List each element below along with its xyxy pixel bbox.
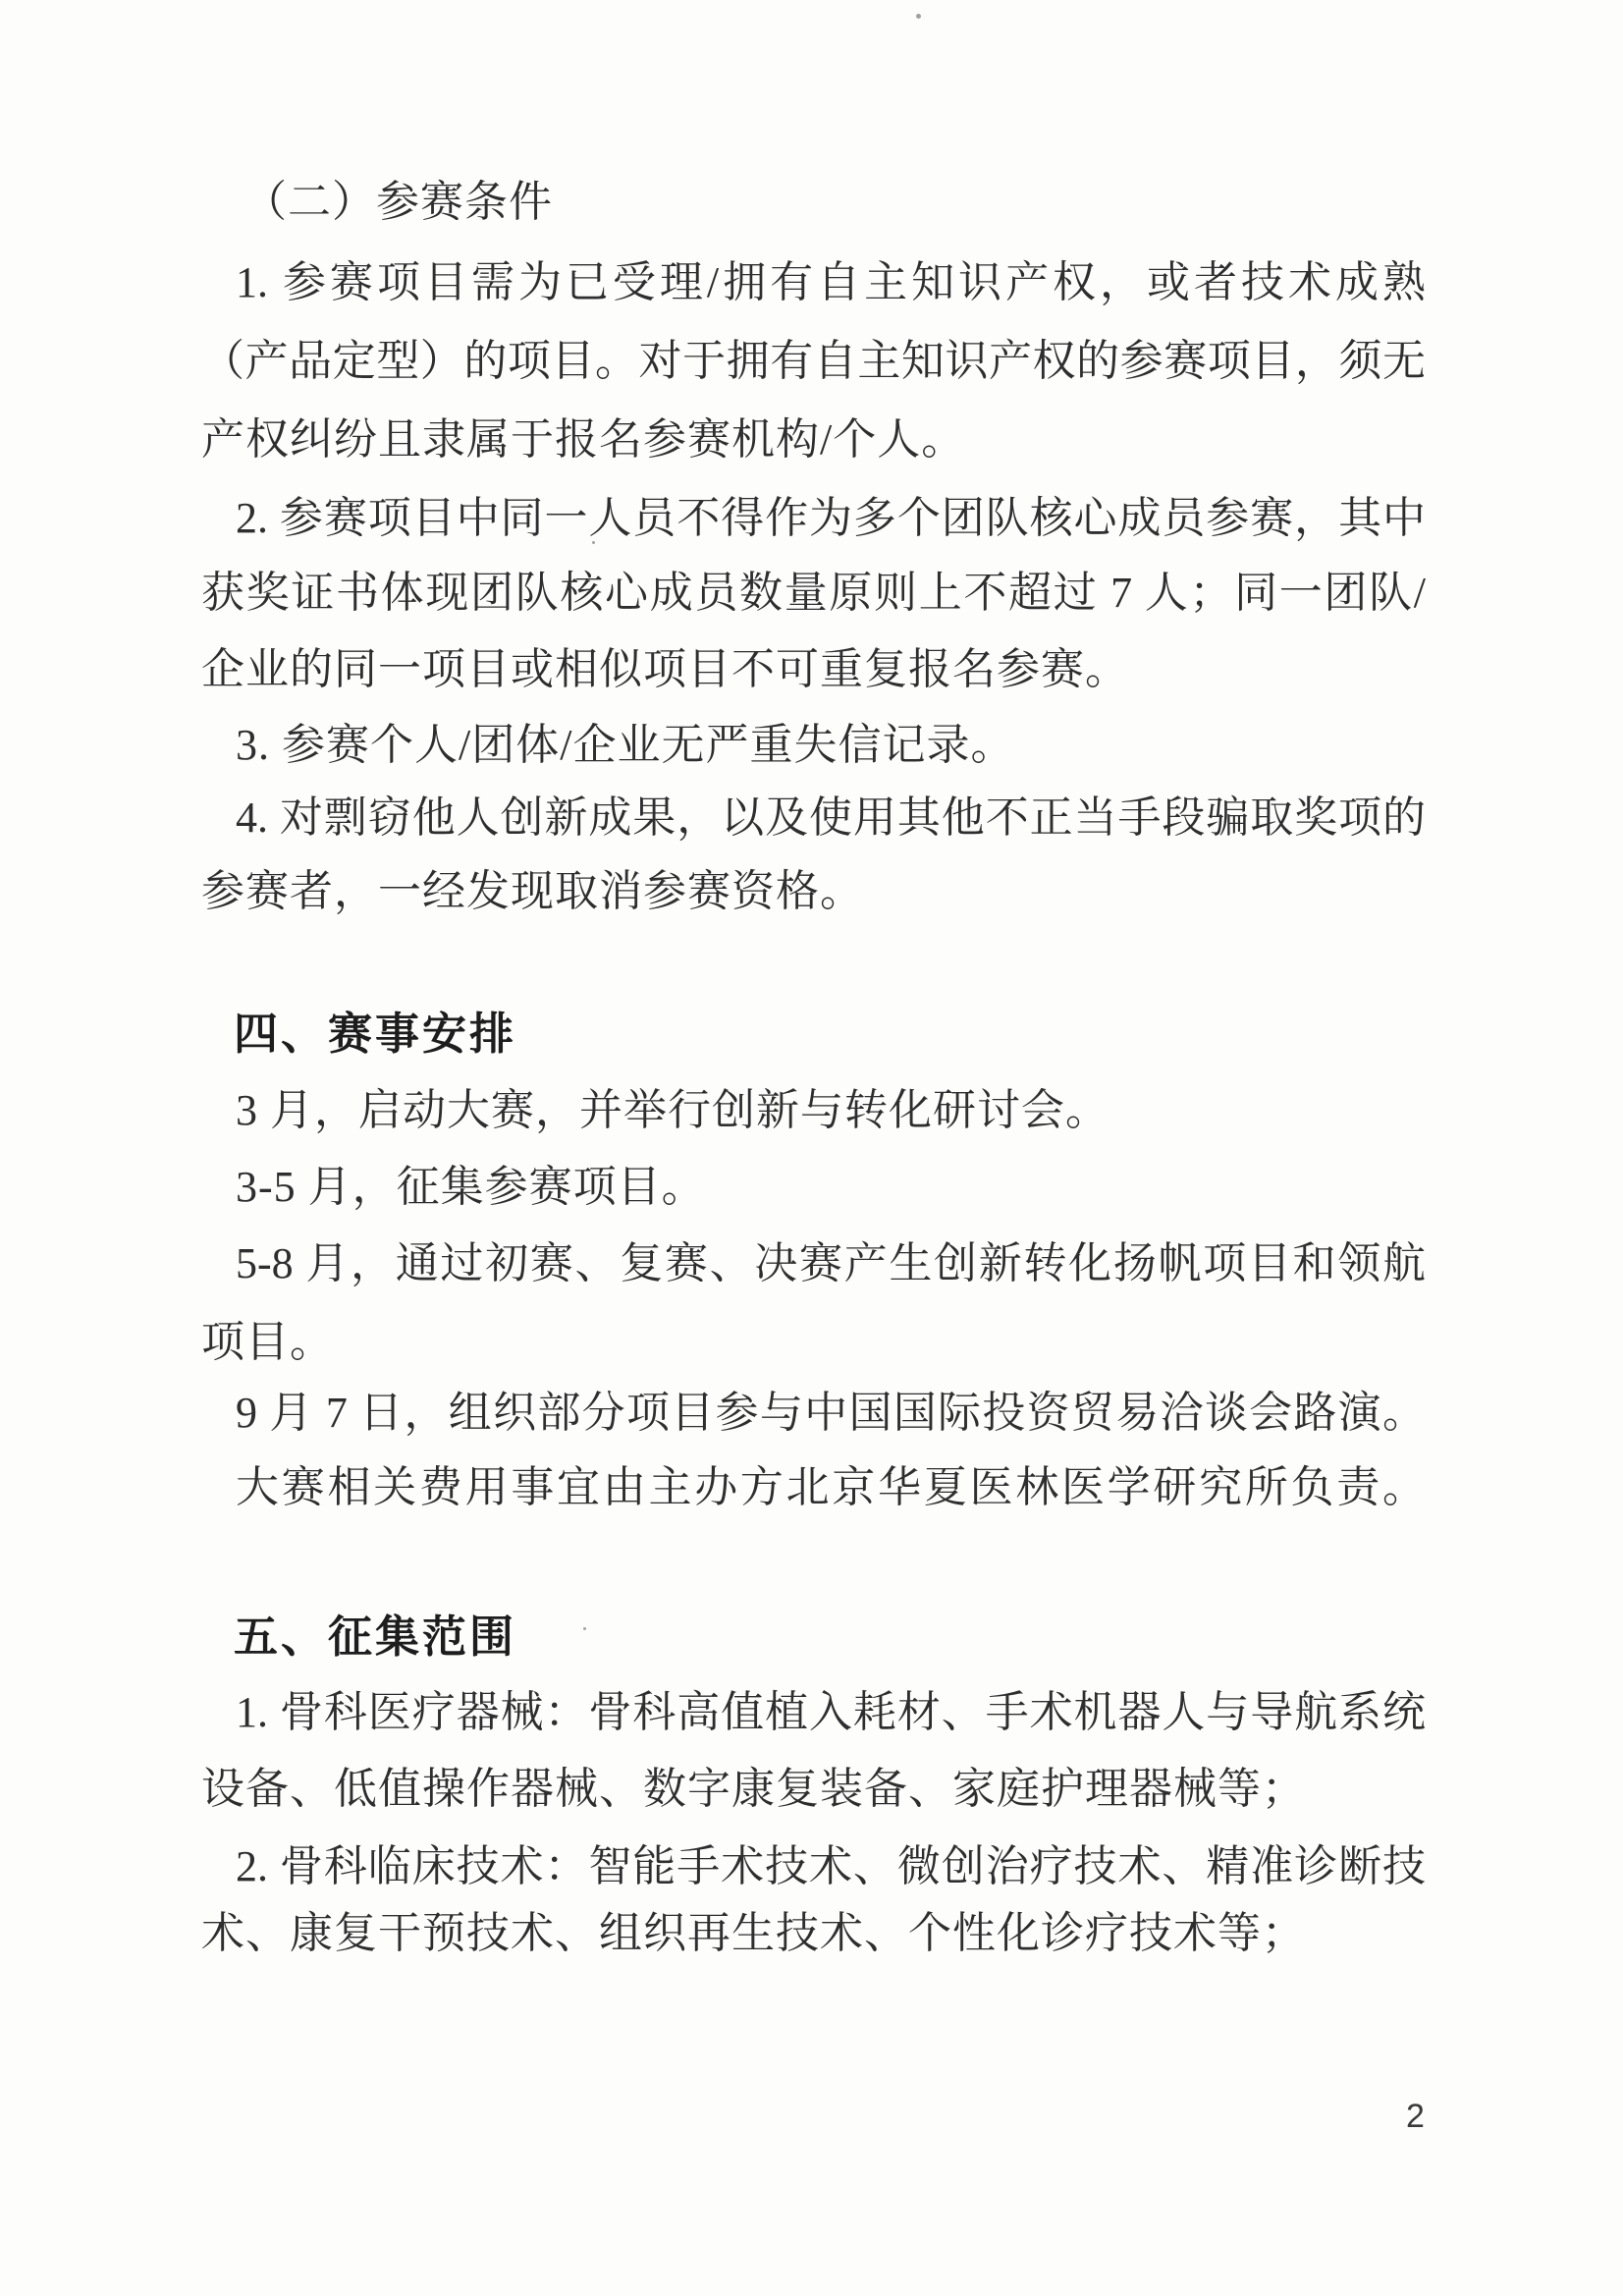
paragraph-line: 9 月 7 日，组织部分项目参与中国国际投资贸易洽谈会路演。	[236, 1388, 1426, 1440]
paragraph-line: 5-8 月，通过初赛、复赛、决赛产生创新转化扬帆项目和领航	[236, 1238, 1426, 1290]
paragraph-line: 2. 参赛项目中同一人员不得作为多个团队核心成员参赛，其中	[236, 493, 1426, 545]
paragraph-line: 1. 参赛项目需为已受理/拥有自主知识产权，或者技术成熟	[236, 257, 1426, 309]
scan-speck	[583, 1627, 586, 1630]
subsection-heading: （二）参赛条件	[243, 177, 553, 229]
paragraph-line: 参赛者，一经发现取消参赛资格。	[201, 866, 864, 918]
scan-speck	[592, 541, 595, 544]
paragraph-line: 术、康复干预技术、组织再生技术、个性化诊疗技术等；	[201, 1908, 1306, 1960]
scan-speck	[916, 14, 921, 19]
paragraph-line: 设备、低值操作器械、数字康复装备、家庭护理器械等；	[201, 1764, 1306, 1816]
paragraph-line: 3 月，启动大赛，并举行创新与转化研讨会。	[236, 1085, 1109, 1137]
paragraph-line: 产权纠纷且隶属于报名参赛机构/个人。	[201, 414, 965, 466]
paragraph-line: 4. 对剽窃他人创新成果，以及使用其他不正当手段骗取奖项的	[236, 793, 1426, 845]
page-number: 2	[1406, 2098, 1425, 2136]
document-page: （二）参赛条件 1. 参赛项目需为已受理/拥有自主知识产权，或者技术成熟 （产品…	[0, 0, 1623, 2296]
paragraph-line: 2. 骨科临床技术：智能手术技术、微创治疗技术、精准诊断技	[236, 1841, 1426, 1893]
paragraph-line: 企业的同一项目或相似项目不可重复报名参赛。	[201, 644, 1129, 696]
paragraph-line: 3. 参赛个人/团体/企业无严重失信记录。	[236, 720, 1014, 772]
paragraph-line: 项目。	[201, 1317, 334, 1369]
paragraph-line: （产品定型）的项目。对于拥有自主知识产权的参赛项目，须无	[201, 336, 1426, 388]
section-heading-5: 五、征集范围	[234, 1611, 516, 1664]
paragraph-line: 大赛相关费用事宜由主办方北京华夏医林医学研究所负责。	[236, 1462, 1426, 1514]
section-heading-4: 四、赛事安排	[234, 1008, 516, 1061]
paragraph-line: 获奖证书体现团队核心成员数量原则上不超过 7 人；同一团队/	[201, 568, 1426, 620]
paragraph-line: 3-5 月，征集参赛项目。	[236, 1162, 706, 1214]
paragraph-line: 1. 骨科医疗器械：骨科高值植入耗材、手术机器人与导航系统	[236, 1687, 1426, 1739]
